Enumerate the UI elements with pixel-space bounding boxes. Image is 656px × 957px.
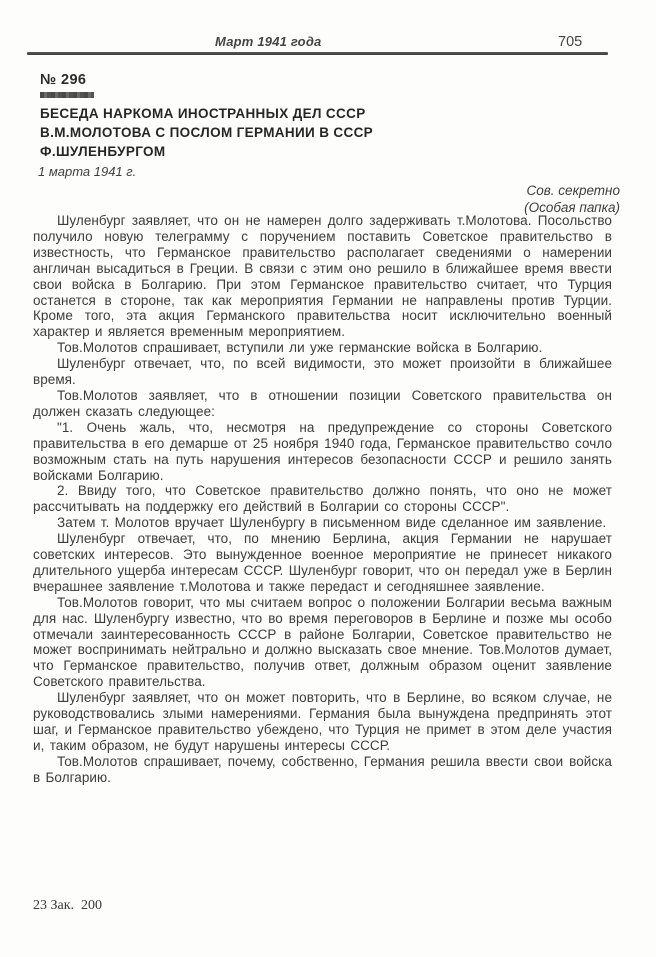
paragraph: Затем т. Молотов вручает Шуленбургу в пи… (33, 515, 612, 531)
paragraph: "1. Очень жаль, что, несмотря на предупр… (33, 420, 612, 484)
classification-line-1: Сов. секретно (524, 183, 620, 200)
paragraph: Шуленбург заявляет, что он не намерен до… (33, 213, 612, 340)
document-number-marker (40, 92, 94, 98)
document-date: 1 марта 1941 г. (38, 164, 136, 179)
running-head-title: Март 1941 года (215, 34, 321, 49)
print-imprint: 23 Зак. 200 (33, 898, 102, 914)
paragraph: Тов.Молотов спрашивает, почему, собствен… (33, 754, 612, 786)
document-number: № 296 (40, 72, 86, 88)
document-page: Март 1941 года 705 № 296 БЕСЕДА НАРКОМА … (0, 0, 656, 957)
document-title-line-2: В.М.МОЛОТОВА С ПОСЛОМ ГЕРМАНИИ В СССР (40, 123, 373, 142)
paragraph: Шуленбург заявляет, что он может повтори… (33, 690, 612, 754)
document-body: Шуленбург заявляет, что он не намерен до… (33, 213, 612, 786)
paragraph: Тов.Молотов говорит, что мы считаем вопр… (33, 595, 612, 690)
document-title-line-3: Ф.ШУЛЕНБУРГОМ (40, 142, 373, 161)
page-number: 705 (558, 34, 582, 50)
document-title-line-1: БЕСЕДА НАРКОМА ИНОСТРАННЫХ ДЕЛ СССР (40, 104, 373, 123)
document-title: БЕСЕДА НАРКОМА ИНОСТРАННЫХ ДЕЛ СССР В.М.… (40, 104, 373, 161)
paragraph: Тов.Молотов спрашивает, вступили ли уже … (33, 340, 612, 356)
header-rule (27, 52, 608, 55)
paragraph: Тов.Молотов заявляет, что в отношении по… (33, 388, 612, 420)
classification-block: Сов. секретно (Особая папка) (524, 183, 620, 216)
paragraph: Шуленбург отвечает, что, по всей видимос… (33, 356, 612, 388)
paragraph: 2. Ввиду того, что Советское правительст… (33, 483, 612, 515)
paragraph: Шуленбург отвечает, что, по мнению Берли… (33, 531, 612, 595)
